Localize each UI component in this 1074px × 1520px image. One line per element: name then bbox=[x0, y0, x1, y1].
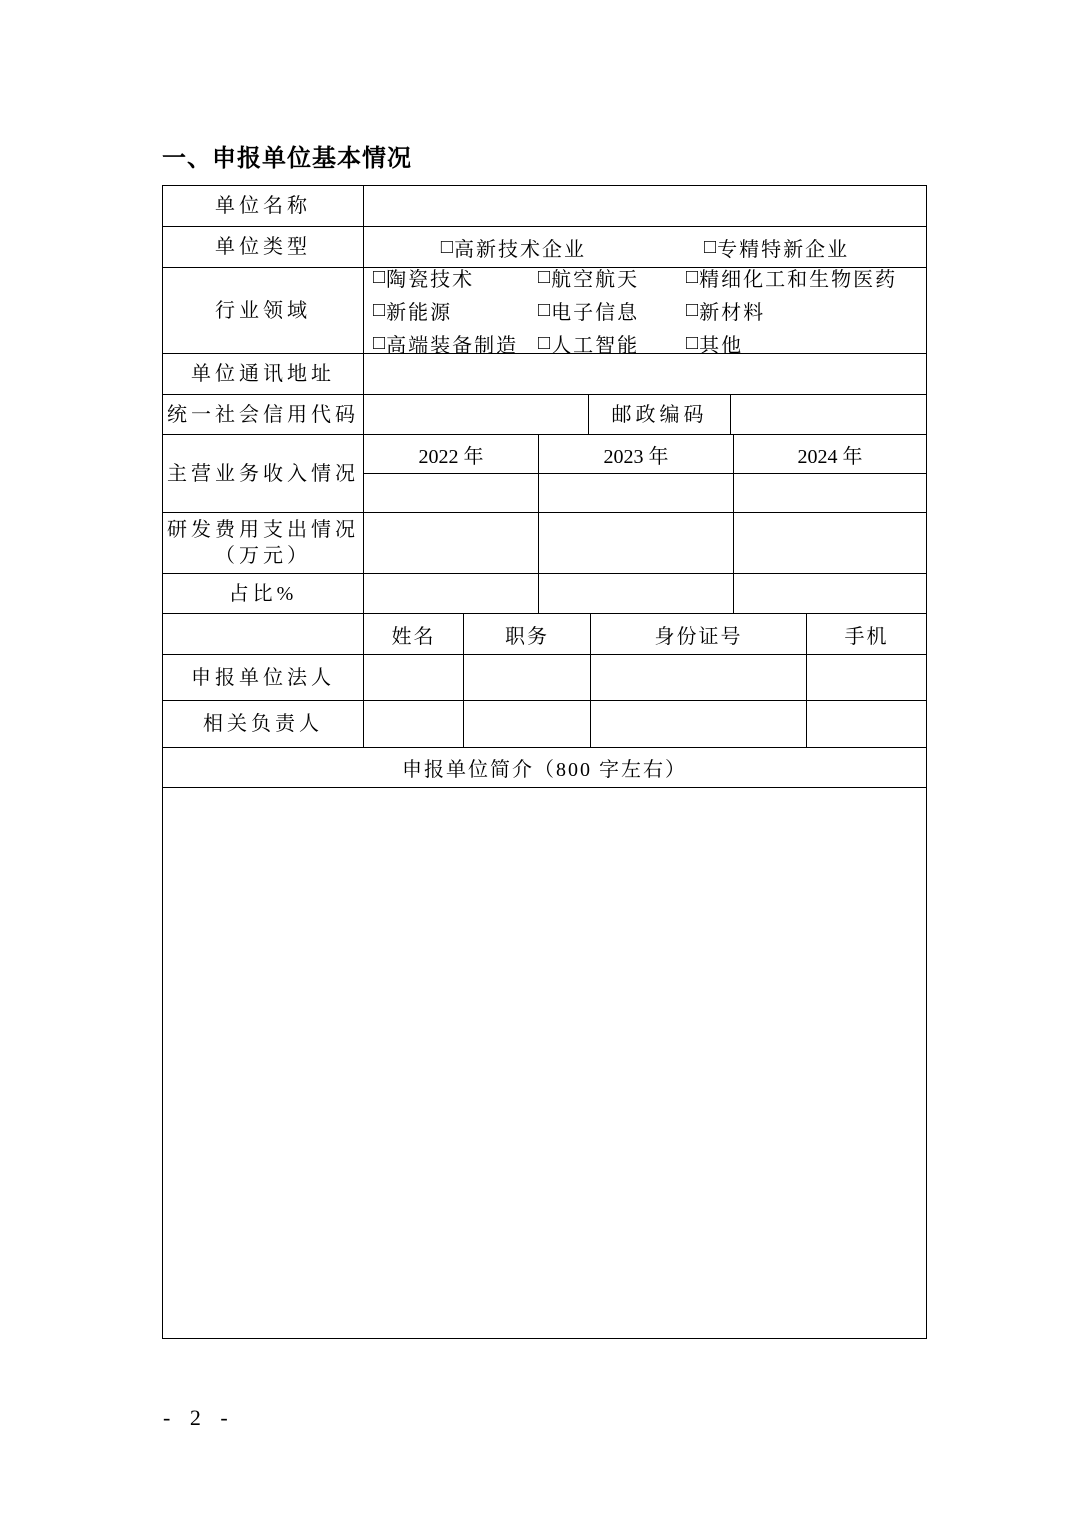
person-header-empty-cell bbox=[163, 614, 364, 654]
checkbox-label: 精细化工和生物医药 bbox=[699, 263, 897, 292]
section-title: 一、申报单位基本情况 bbox=[162, 138, 412, 173]
revenue-label: 主营业务收入情况 bbox=[163, 435, 364, 512]
ratio-2024-input-cell[interactable] bbox=[734, 574, 926, 613]
year-2022-header: 2022 年 bbox=[364, 435, 539, 473]
mobile-column-header: 手机 bbox=[807, 614, 926, 654]
checkbox-label: 新材料 bbox=[699, 296, 765, 325]
ratio-2022-input-cell[interactable] bbox=[364, 574, 539, 613]
revenue-2023-input-cell[interactable] bbox=[539, 474, 734, 512]
checkbox-icon[interactable]: □ bbox=[373, 332, 385, 355]
row-responsible-person: 相关负责人 bbox=[163, 701, 926, 748]
industry-label: 行业领域 bbox=[163, 268, 364, 353]
checkbox-icon[interactable]: □ bbox=[686, 332, 698, 355]
form-page: 一、申报单位基本情况 单位名称 单位类型 □ 高新技术企业 □ 专精特新企业 bbox=[0, 0, 1074, 1520]
legal-person-id-input-cell[interactable] bbox=[591, 655, 807, 700]
unit-name-input-cell[interactable] bbox=[364, 186, 926, 226]
row-intro-header: 申报单位简介（800 字左右） bbox=[163, 748, 926, 788]
checkbox-option-chem-bio[interactable]: □精细化工和生物医药 bbox=[686, 263, 926, 292]
checkbox-label: 航空航天 bbox=[551, 263, 639, 292]
rnd-expense-label: 研发费用支出情况 （万元） bbox=[163, 513, 364, 573]
checkbox-icon[interactable]: □ bbox=[686, 299, 698, 322]
revenue-2024-input-cell[interactable] bbox=[734, 474, 926, 512]
checkbox-icon[interactable]: □ bbox=[373, 299, 385, 322]
rnd-2024-input-cell[interactable] bbox=[734, 513, 926, 573]
intro-header-label: 申报单位简介（800 字左右） bbox=[163, 748, 926, 787]
unit-type-options-cell: □ 高新技术企业 □ 专精特新企业 bbox=[364, 227, 926, 267]
responsible-person-position-input-cell[interactable] bbox=[464, 701, 591, 747]
row-industry: 行业领域 □陶瓷技术 □航空航天 □精细化工和生物医药 □新能源 □电子信息 □… bbox=[163, 268, 926, 354]
checkbox-option-electronics[interactable]: □电子信息 bbox=[538, 296, 686, 325]
responsible-person-mobile-input-cell[interactable] bbox=[807, 701, 926, 747]
row-unit-name: 单位名称 bbox=[163, 186, 926, 227]
checkbox-icon[interactable]: □ bbox=[373, 266, 385, 289]
rnd-expense-label-line1: 研发费用支出情况 bbox=[167, 517, 359, 543]
responsible-person-label: 相关负责人 bbox=[163, 701, 364, 747]
checkbox-option-new-energy[interactable]: □新能源 bbox=[373, 296, 538, 325]
checkbox-icon[interactable]: □ bbox=[538, 332, 550, 355]
row-unit-type: 单位类型 □ 高新技术企业 □ 专精特新企业 bbox=[163, 227, 926, 268]
legal-person-position-input-cell[interactable] bbox=[464, 655, 591, 700]
page-number: - 2 - bbox=[163, 1405, 235, 1431]
checkbox-label: 新能源 bbox=[386, 296, 452, 325]
checkbox-icon[interactable]: □ bbox=[686, 266, 698, 289]
checkbox-label: 陶瓷技术 bbox=[386, 263, 474, 292]
intro-content-input-cell[interactable] bbox=[163, 788, 926, 1338]
checkbox-icon[interactable]: □ bbox=[538, 266, 550, 289]
row-address: 单位通讯地址 bbox=[163, 354, 926, 395]
checkbox-icon[interactable]: □ bbox=[441, 236, 453, 259]
industry-options-cell: □陶瓷技术 □航空航天 □精细化工和生物医药 □新能源 □电子信息 □新材料 □… bbox=[364, 268, 926, 353]
ratio-label: 占比% bbox=[163, 574, 364, 613]
year-2023-header: 2023 年 bbox=[539, 435, 734, 473]
row-intro-content bbox=[163, 788, 926, 1338]
address-input-cell[interactable] bbox=[364, 354, 926, 394]
row-rnd-expense: 研发费用支出情况 （万元） bbox=[163, 513, 926, 574]
postal-code-label: 邮政编码 bbox=[589, 395, 731, 434]
legal-person-name-input-cell[interactable] bbox=[364, 655, 464, 700]
checkbox-option-specialized[interactable]: □ 专精特新企业 bbox=[704, 233, 849, 262]
checkbox-option-new-materials[interactable]: □新材料 bbox=[686, 296, 926, 325]
ratio-2023-input-cell[interactable] bbox=[539, 574, 734, 613]
rnd-2023-input-cell[interactable] bbox=[539, 513, 734, 573]
rnd-expense-label-line2: （万元） bbox=[215, 543, 311, 569]
responsible-person-name-input-cell[interactable] bbox=[364, 701, 464, 747]
rnd-2022-input-cell[interactable] bbox=[364, 513, 539, 573]
credit-code-input-cell[interactable] bbox=[364, 395, 589, 434]
checkbox-icon[interactable]: □ bbox=[704, 236, 716, 259]
checkbox-label: 高新技术企业 bbox=[454, 233, 586, 262]
row-credit-code: 统一社会信用代码 邮政编码 bbox=[163, 395, 926, 435]
checkbox-label: 专精特新企业 bbox=[717, 233, 849, 262]
id-number-column-header: 身份证号 bbox=[591, 614, 807, 654]
row-revenue: 主营业务收入情况 2022 年 2023 年 2024 年 bbox=[163, 435, 926, 513]
checkbox-option-ceramics[interactable]: □陶瓷技术 bbox=[373, 263, 538, 292]
unit-name-label: 单位名称 bbox=[163, 186, 364, 226]
checkbox-option-hightech[interactable]: □ 高新技术企业 bbox=[441, 233, 586, 262]
name-column-header: 姓名 bbox=[364, 614, 464, 654]
postal-code-input-cell[interactable] bbox=[731, 395, 926, 434]
row-legal-person: 申报单位法人 bbox=[163, 655, 926, 701]
year-2024-header: 2024 年 bbox=[734, 435, 926, 473]
legal-person-label: 申报单位法人 bbox=[163, 655, 364, 700]
address-label: 单位通讯地址 bbox=[163, 354, 364, 394]
legal-person-mobile-input-cell[interactable] bbox=[807, 655, 926, 700]
checkbox-label: 电子信息 bbox=[551, 296, 639, 325]
row-person-header: 姓名 职务 身份证号 手机 bbox=[163, 614, 926, 655]
checkbox-option-aerospace[interactable]: □航空航天 bbox=[538, 263, 686, 292]
responsible-person-id-input-cell[interactable] bbox=[591, 701, 807, 747]
basic-info-table: 单位名称 单位类型 □ 高新技术企业 □ 专精特新企业 行业领域 □陶瓷技术 bbox=[162, 185, 927, 1339]
revenue-2022-input-cell[interactable] bbox=[364, 474, 539, 512]
checkbox-icon[interactable]: □ bbox=[538, 299, 550, 322]
position-column-header: 职务 bbox=[464, 614, 591, 654]
credit-code-label: 统一社会信用代码 bbox=[163, 395, 364, 434]
unit-type-label: 单位类型 bbox=[163, 227, 364, 267]
row-ratio: 占比% bbox=[163, 574, 926, 614]
